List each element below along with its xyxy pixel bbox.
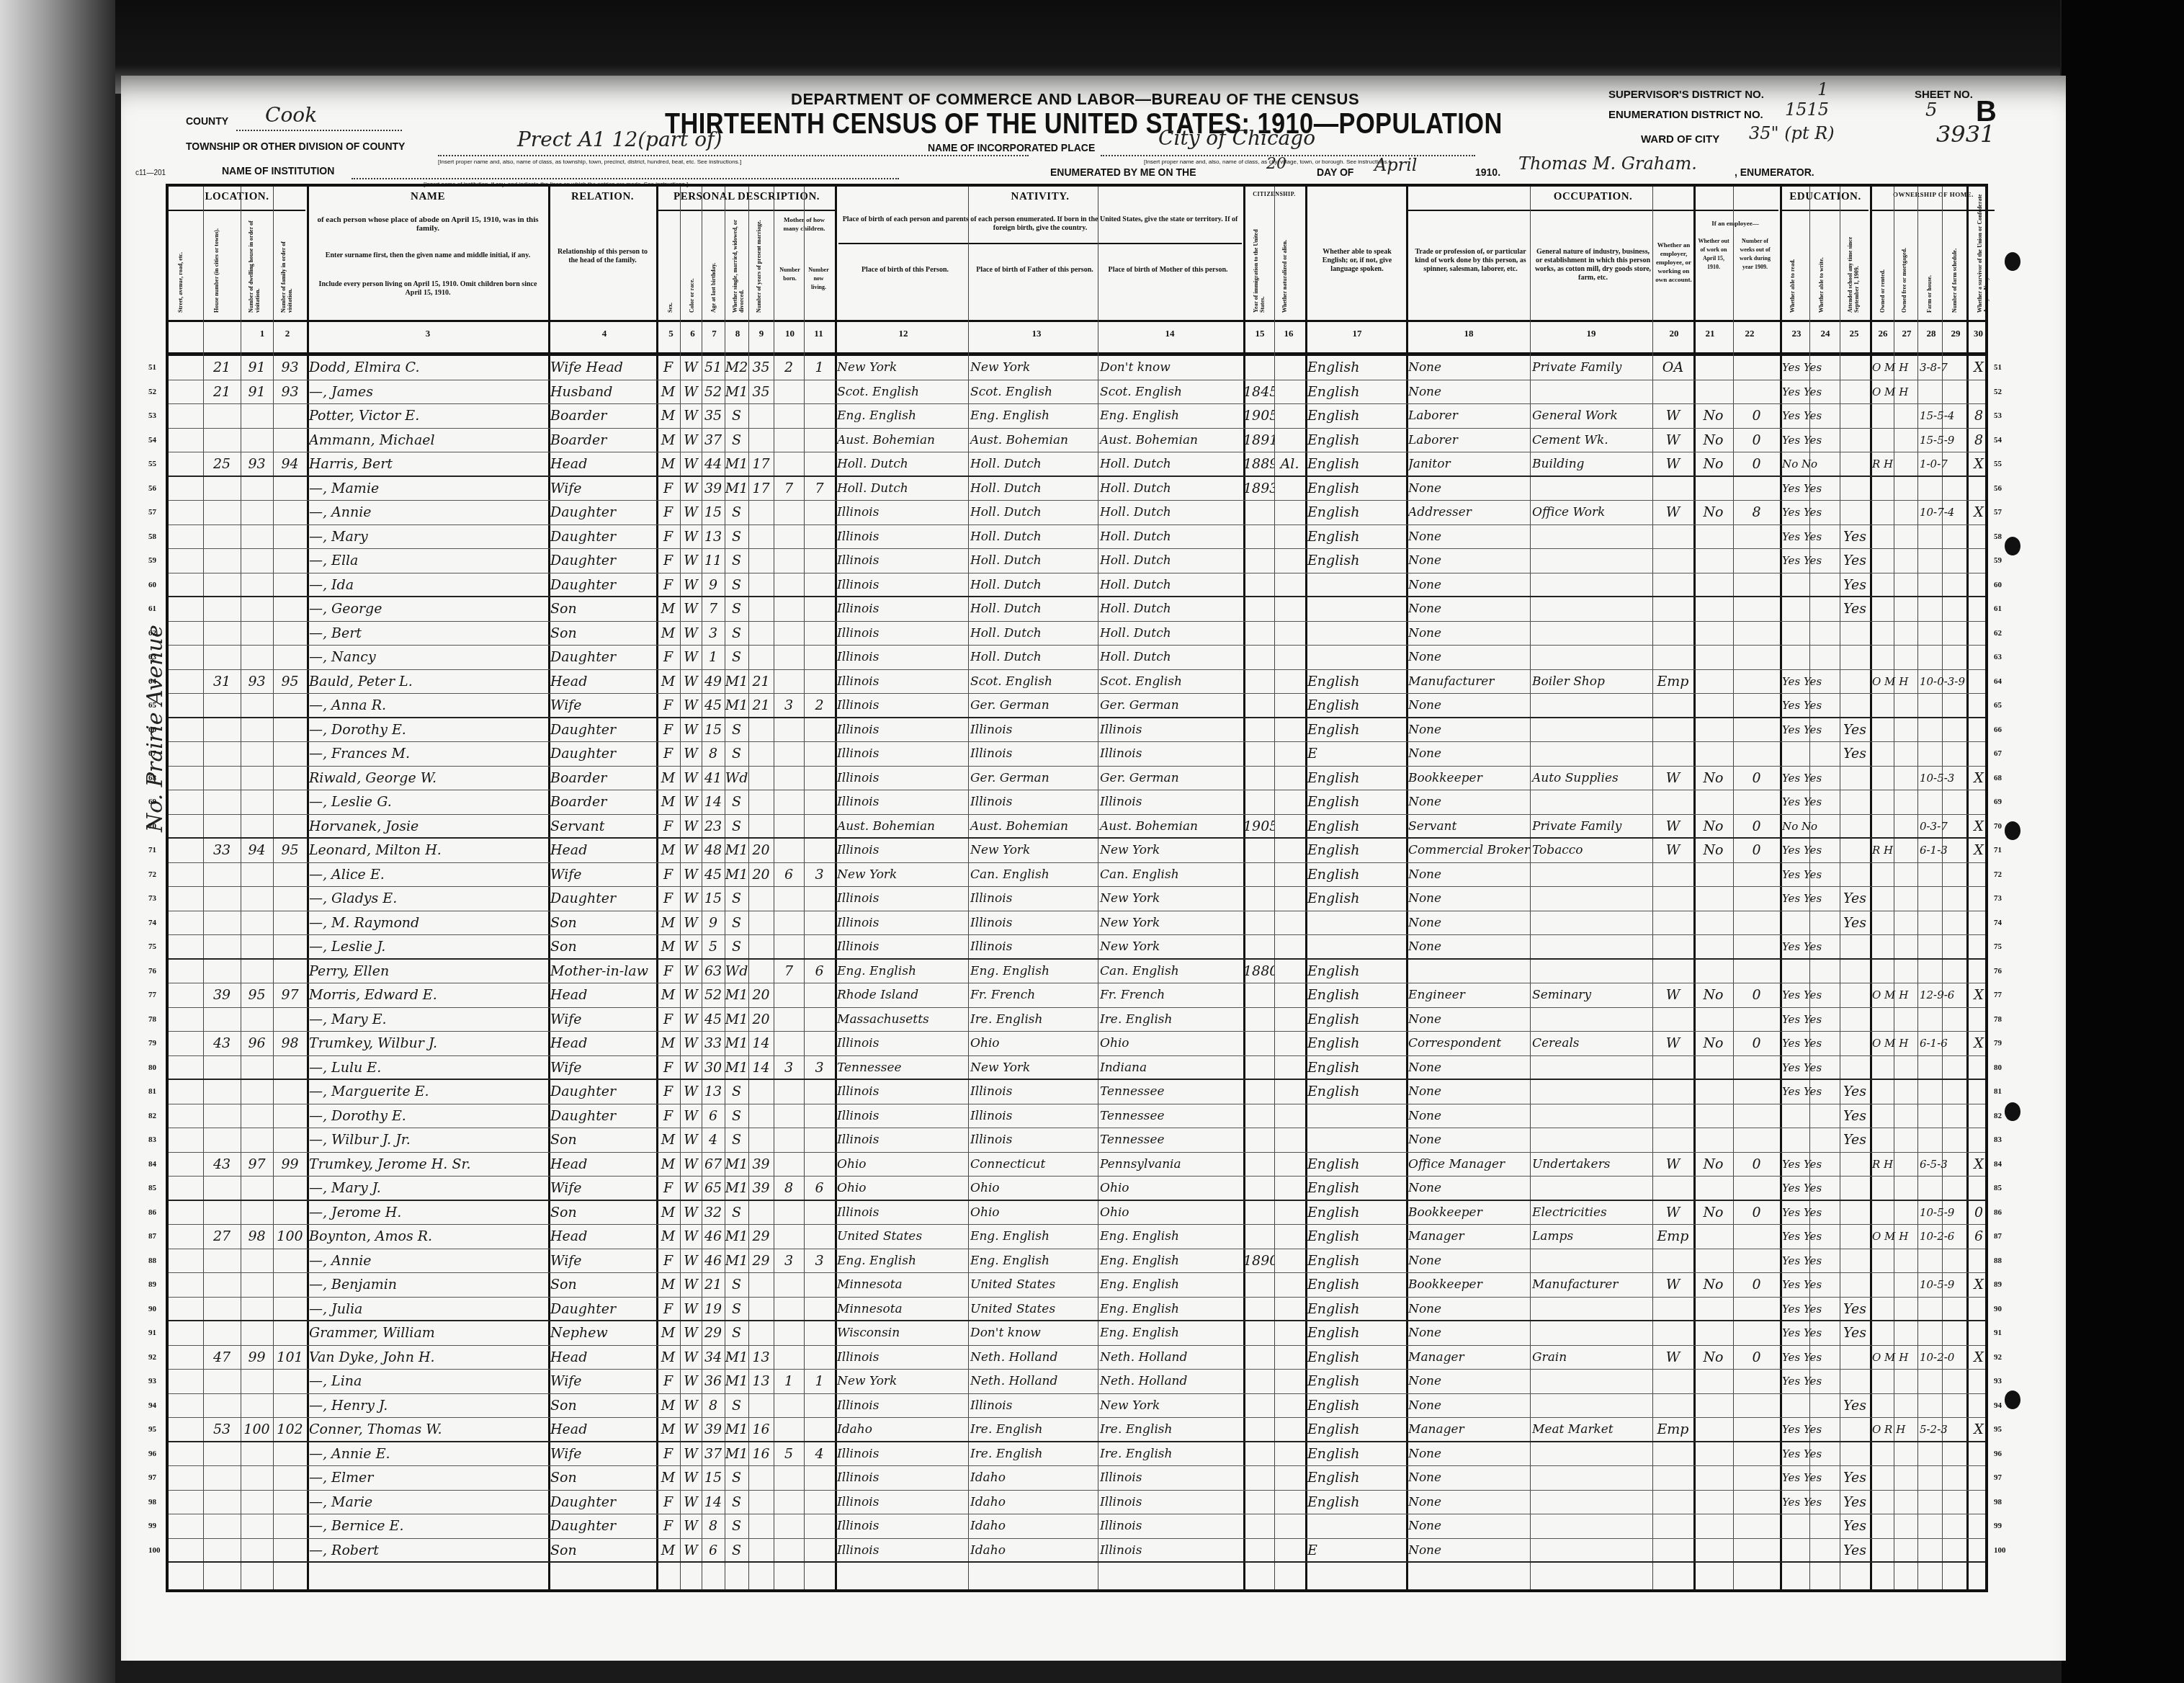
cell-race: W [680,622,702,646]
cell-lang: English [1305,1418,1406,1441]
colnum-18: 18 [1458,328,1480,339]
cell-emp [1652,694,1693,717]
cell-pob: Illinois [835,1346,968,1370]
cell-industry [1530,1321,1652,1345]
cell-lang: English [1305,1225,1406,1249]
cell-oow [1693,1080,1733,1104]
cell-oow [1693,670,1733,694]
hdr-owned-rented: Owned or rented. [1879,219,1886,313]
cell-industry [1530,646,1652,669]
cell-relation: Wife [548,863,656,887]
cell-lang: English [1305,1032,1406,1055]
line-number: 67 [1994,742,2002,766]
cell-oow: No [1693,404,1733,428]
cell-living: 3 [804,1056,835,1079]
cell-industry [1530,1008,1652,1032]
cell-lang: English [1305,863,1406,887]
cell-marital: S [725,404,748,428]
cell-years [748,1514,774,1538]
cell-dwelling [241,622,273,646]
cell-years [748,597,774,621]
cell-sex: F [656,1298,680,1321]
cell-family [273,694,307,717]
cell-house: 33 [203,839,241,862]
cell-pob-father: United States [968,1273,1098,1297]
cell-school: Yes [1840,911,1870,935]
cell-emp [1652,790,1693,814]
cell-race: W [680,1394,702,1418]
cell-house [203,790,241,814]
cell-race: W [680,863,702,887]
cell-house: 25 [203,452,241,476]
cell-x: X [1966,983,1991,1007]
cell-emp: W [1652,1346,1693,1370]
cell-weeks [1733,525,1780,549]
cell-relation: Head [548,1418,656,1441]
cell-house [203,549,241,573]
cell-dwelling [241,1491,273,1514]
cell-born [774,839,804,862]
cell-family: 99 [273,1153,307,1177]
cell-pob-mother: New York [1098,1394,1243,1418]
cell-race: W [680,1177,702,1200]
cell-sex: F [656,1249,680,1273]
cell-dwelling: 93 [241,670,273,694]
cell-industry [1530,1249,1652,1273]
group-divider [169,210,305,211]
cell-sex: M [656,839,680,862]
cell-age: 19 [702,1298,725,1321]
cell-oow [1693,1249,1733,1273]
cell-lang: English [1305,694,1406,717]
cell-school [1840,1418,1870,1441]
cell-weeks [1733,1539,1780,1562]
cell-pob-mother: Illinois [1098,1539,1243,1562]
cell-read-write: Yes Yes [1780,1370,1840,1393]
cell-sched [1917,549,1966,573]
line-number: 74 [148,911,156,935]
cell-relation: Son [548,1273,656,1297]
cell-age: 14 [702,1491,725,1514]
cell-living: 7 [804,477,835,501]
cell-trade: None [1406,911,1530,935]
hdr-language: Whether able to speak English; or, if no… [1310,248,1404,274]
cell-marital: M1 [725,380,748,404]
cell-oow [1693,1442,1733,1466]
cell-years: 39 [748,1153,774,1177]
cell-age: 21 [702,1273,725,1297]
line-number: 96 [148,1442,156,1466]
cell-x [1966,1128,1991,1152]
cell-pob-mother: Ohio [1098,1201,1243,1225]
cell-years [748,1273,774,1297]
cell-industry [1530,1370,1652,1393]
cell-pob: Massachusetts [835,1008,968,1032]
cell-weeks [1733,935,1780,958]
cell-race: W [680,380,702,404]
cell-sched [1917,935,1966,958]
cell-dwelling [241,1273,273,1297]
cell-pob-mother: Illinois [1098,1514,1243,1538]
cell-nat [1274,549,1305,573]
cell-house [203,1008,241,1032]
cell-pob: New York [835,1370,968,1393]
colnum-26: 26 [1872,328,1894,339]
cell-house [203,1539,241,1562]
cell-marital: M1 [725,694,748,717]
cell-school: Yes [1840,597,1870,621]
cell-marital: S [725,1273,748,1297]
line-number: 56 [1994,477,2002,501]
cell-family [273,1442,307,1466]
colnum-21: 21 [1699,328,1721,339]
cell-relation: Daughter [548,1298,656,1321]
cell-lang: English [1305,1298,1406,1321]
cell-name: Van Dyke, John H. [307,1346,548,1370]
cell-pob: Illinois [835,790,968,814]
cell-pob: Illinois [835,501,968,524]
cell-family [273,887,307,911]
cell-pob-father: Illinois [968,742,1098,766]
cell-trade: Laborer [1406,404,1530,428]
cell-family [273,1104,307,1128]
cell-dwelling: 94 [241,839,273,862]
cell-dwelling [241,1008,273,1032]
hdr-name-desc3: Include every person living on April 15,… [316,280,540,298]
cell-family [273,597,307,621]
line-number: 90 [148,1298,156,1321]
cell-name: —, Marguerite E. [307,1080,548,1104]
hdr-street: Street, avenue, road, etc. [177,219,184,313]
table-row: 439698Trumkey, Wilbur J.HeadMW33M114Illi… [169,1032,1985,1056]
cell-pob: Illinois [835,597,968,621]
cell-family [273,767,307,790]
cell-years: 16 [748,1442,774,1466]
cell-pob-mother: Scot. English [1098,670,1243,694]
cell-trade: None [1406,356,1530,380]
cell-pob: Illinois [835,646,968,669]
table-row: —, Dorothy E.DaughterFW6SIllinoisIllinoi… [169,1104,1985,1129]
line-number: 81 [148,1080,156,1104]
cell-trade: None [1406,790,1530,814]
cell-marital: M1 [725,1442,748,1466]
line-number: 73 [1994,887,2002,911]
cell-oow [1693,573,1733,597]
cell-marital: S [725,1104,748,1128]
cell-industry [1530,718,1652,742]
cell-sched: 10-0-3-9 [1917,670,1966,694]
cell-marital: S [725,646,748,669]
line-number: 67 [148,742,156,766]
cell-marital: M1 [725,839,748,862]
cell-race: W [680,1201,702,1225]
cell-years: 20 [748,863,774,887]
cell-weeks [1733,1442,1780,1466]
cell-years [748,646,774,669]
cell-living [804,1466,835,1490]
cell-oow [1693,1539,1733,1562]
cell-born: 2 [774,356,804,380]
cell-dwelling [241,1442,273,1466]
cell-race: W [680,429,702,452]
cell-oow [1693,863,1733,887]
cell-trade: None [1406,863,1530,887]
cell-house [203,477,241,501]
cell-industry: Building [1530,452,1652,476]
cell-x [1966,1321,1991,1345]
cell-nat [1274,960,1305,983]
cell-sex: M [656,983,680,1007]
line-number: 93 [148,1370,156,1393]
cell-weeks [1733,1056,1780,1079]
cell-nat [1274,1008,1305,1032]
cell-living [804,911,835,935]
cell-pob-mother: Aust. Bohemian [1098,815,1243,838]
cell-pob: Illinois [835,694,968,717]
cell-emp [1652,718,1693,742]
cell-sex: M [656,380,680,404]
cell-industry [1530,1539,1652,1562]
cell-years: 20 [748,1008,774,1032]
cell-family [273,549,307,573]
colnum-15: 15 [1249,328,1271,339]
cell-industry: Private Family [1530,356,1652,380]
cell-pob: Idaho [835,1418,968,1441]
cell-dwelling: 100 [241,1418,273,1441]
cell-nat [1274,887,1305,911]
cell-sched [1917,380,1966,404]
cell-school: Yes [1840,573,1870,597]
cell-imm [1243,718,1274,742]
cell-family [273,646,307,669]
cell-trade: None [1406,597,1530,621]
cell-born: 1 [774,1370,804,1393]
cell-oow [1693,694,1733,717]
cell-house [203,1298,241,1321]
cell-oow [1693,356,1733,380]
cell-race: W [680,1249,702,1273]
cell-school: Yes [1840,1394,1870,1418]
line-number: 79 [148,1032,156,1055]
cell-trade: Bookkeeper [1406,1273,1530,1297]
cell-sex: M [656,1201,680,1225]
cell-industry [1530,694,1652,717]
cell-imm [1243,670,1274,694]
supervisor-value: 1 [1817,79,1828,99]
cell-dwelling [241,1249,273,1273]
cell-pob: Minnesota [835,1298,968,1321]
colnum-29: 29 [1945,328,1966,339]
cell-imm: 1893 [1243,477,1274,501]
cell-name: —, Nancy [307,646,548,669]
hdr-immigration: Year of immigration to the United States… [1253,219,1266,313]
cell-age: 49 [702,670,725,694]
cell-imm [1243,935,1274,958]
cell-industry: Electricities [1530,1201,1652,1225]
cell-family [273,1080,307,1104]
cell-sex: F [656,549,680,573]
cell-house [203,718,241,742]
cell-imm [1243,1442,1274,1466]
cell-sex: M [656,911,680,935]
cell-pob-father: Idaho [968,1539,1098,1562]
cell-dwelling [241,1056,273,1079]
cell-pob-mother: New York [1098,839,1243,862]
cell-pob-mother: Holl. Dutch [1098,597,1243,621]
cell-house [203,1104,241,1128]
cell-pob: Illinois [835,839,968,862]
cell-name: —, Mary E. [307,1008,548,1032]
cell-school [1840,1370,1870,1393]
cell-years [748,525,774,549]
cell-race: W [680,911,702,935]
cell-school [1840,380,1870,404]
cell-weeks [1733,1177,1780,1200]
cell-pob-father: Can. English [968,863,1098,887]
cell-family: 97 [273,983,307,1007]
cell-oow [1693,477,1733,501]
cell-imm [1243,887,1274,911]
cell-relation: Boarder [548,429,656,452]
cell-living [804,404,835,428]
cell-x: 0 [1966,1201,1991,1225]
cell-living [804,1201,835,1225]
cell-name: —, Annie E. [307,1442,548,1466]
cell-pob: Illinois [835,1514,968,1538]
line-number: 91 [1994,1321,2002,1345]
cell-sex: F [656,694,680,717]
cell-nat [1274,815,1305,838]
incorporated-label: Name of incorporated place [928,142,1095,153]
cell-imm [1243,1418,1274,1441]
cell-age: 15 [702,887,725,911]
cell-sex: F [656,742,680,766]
cell-industry [1530,1056,1652,1079]
cell-marital: S [725,1201,748,1225]
table-row: —, Annie E.WifeFW37M11654IllinoisIre. En… [169,1442,1985,1467]
cell-lang: English [1305,839,1406,862]
cell-x [1966,1056,1991,1079]
cell-emp [1652,911,1693,935]
cell-sched: 12-9-6 [1917,983,1966,1007]
cell-weeks: 0 [1733,1032,1780,1055]
cell-marital: M1 [725,983,748,1007]
group-divider [1407,210,1778,211]
cell-living [804,573,835,597]
cell-race: W [680,1539,702,1562]
cell-nat [1274,525,1305,549]
colnum-17: 17 [1346,328,1368,339]
cell-nat [1274,477,1305,501]
cell-years [748,742,774,766]
cell-house [203,1466,241,1490]
cell-sched [1917,1442,1966,1466]
cell-pob-mother: Eng. English [1098,1225,1243,1249]
cell-lang [1305,911,1406,935]
cell-years: 35 [748,380,774,404]
line-number: 72 [148,863,156,887]
cell-relation: Head [548,1225,656,1249]
cell-age: 7 [702,597,725,621]
cell-trade: None [1406,549,1530,573]
cell-imm [1243,1032,1274,1055]
cell-house [203,1177,241,1200]
cell-dwelling [241,1128,273,1152]
cell-trade: None [1406,525,1530,549]
cell-dwelling [241,742,273,766]
cell-sched [1917,1394,1966,1418]
table-row: —, Bernice E.DaughterFW8SIllinoisIdahoIl… [169,1514,1985,1539]
cell-read-write: Yes Yes [1780,1273,1840,1297]
cell-years: 35 [748,356,774,380]
cell-nat [1274,501,1305,524]
cell-race: W [680,1225,702,1249]
hdr-write: Whether able to write. [1818,219,1825,313]
ward-label: Ward of city [1641,133,1719,146]
cell-house [203,1201,241,1225]
cell-imm [1243,646,1274,669]
cell-dwelling: 96 [241,1032,273,1055]
cell-relation: Daughter [548,646,656,669]
cell-industry [1530,742,1652,766]
cell-oow: No [1693,501,1733,524]
cell-family [273,790,307,814]
cell-relation: Daughter [548,1514,656,1538]
cell-nat [1274,1418,1305,1441]
cell-read-write [1780,1128,1840,1152]
cell-born [774,1008,804,1032]
cell-sex: M [656,429,680,452]
table-row: —, BertSonMW3SIllinoisHoll. DutchHoll. D… [169,622,1985,646]
cell-imm [1243,525,1274,549]
cell-age: 23 [702,815,725,838]
cell-sex: M [656,452,680,476]
cell-emp [1652,597,1693,621]
cell-industry: Auto Supplies [1530,767,1652,790]
cell-sched [1917,597,1966,621]
cell-pob-father: Holl. Dutch [968,622,1098,646]
cell-born [774,1080,804,1104]
cell-family [273,429,307,452]
scan-edge-right [2062,0,2184,1683]
cell-sex: F [656,501,680,524]
cell-relation: Wife [548,1370,656,1393]
cell-sex: M [656,404,680,428]
cell-relation: Boarder [548,767,656,790]
cell-pob: Illinois [835,767,968,790]
cell-born [774,742,804,766]
cell-marital: S [725,1539,748,1562]
cell-oow [1693,960,1733,983]
cell-years: 17 [748,477,774,501]
cell-marital: M1 [725,1225,748,1249]
cell-name: —, Marie [307,1491,548,1514]
cell-pob: Tennessee [835,1056,968,1079]
cell-family [273,742,307,766]
cell-race: W [680,960,702,983]
cell-weeks [1733,646,1780,669]
cell-trade: None [1406,573,1530,597]
line-number: 55 [148,452,156,476]
cell-relation: Daughter [548,1080,656,1104]
cell-read-write: Yes Yes [1780,1153,1840,1177]
line-number: 64 [1994,670,2002,694]
cell-pob-mother: Ger. German [1098,694,1243,717]
cell-marital: S [725,1466,748,1490]
cell-imm [1243,1201,1274,1225]
cell-weeks [1733,742,1780,766]
line-number: 91 [148,1321,156,1345]
